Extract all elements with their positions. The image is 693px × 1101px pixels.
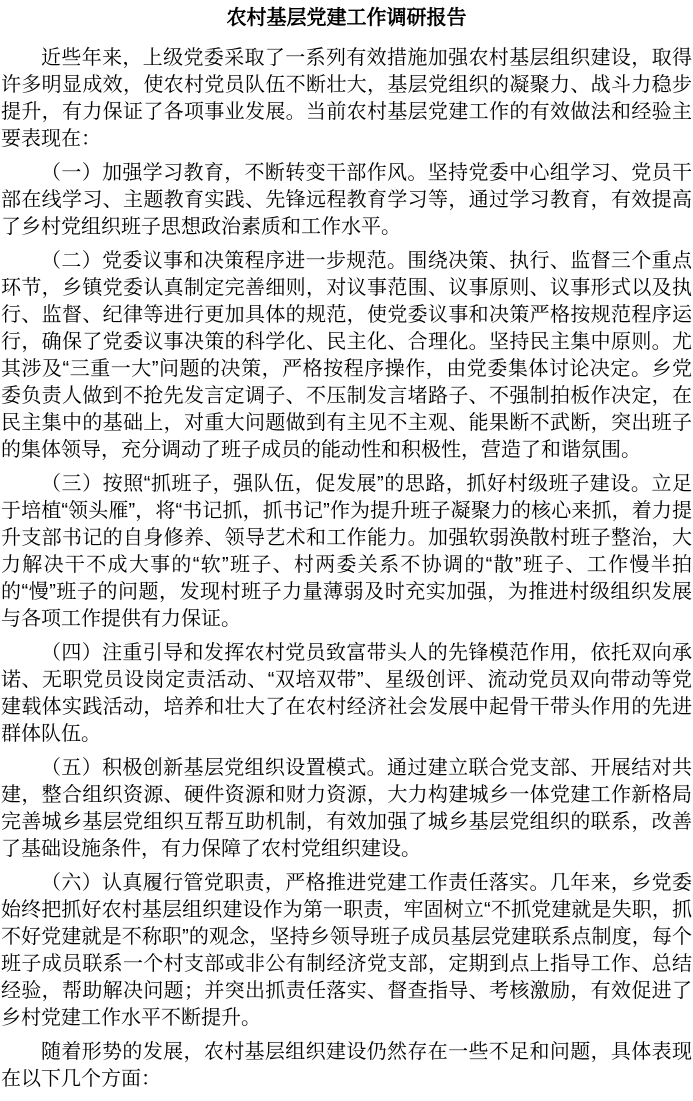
paragraph-item-5: （五）积极创新基层党组织设置模式。通过建立联合党支部、开展结对共建，整合组织资源… bbox=[1, 755, 692, 863]
paragraph-item-1: （一）加强学习教育，不断转变干部作风。坚持党委中心组学习、党员干部在线学习、主题… bbox=[1, 160, 692, 241]
document-title: 农村基层党建工作调研报告 bbox=[1, 5, 692, 32]
paragraph-intro: 近些年来，上级党委采取了一系列有效措施加强农村基层组织建设，取得许多明显成效，使… bbox=[1, 45, 692, 153]
paragraph-item-2: （二）党委议事和决策程序进一步规范。围绕决策、执行、监督三个重点环节，乡镇党委认… bbox=[1, 248, 692, 464]
paragraph-item-3: （三）按照“抓班子，强队伍，促发展”的思路，抓好村级班子建设。立足于培植“领头雁… bbox=[1, 471, 692, 633]
paragraph-closing: 随着形势的发展，农村基层组织建设仍然存在一些不足和问题，具体表现在以下几个方面： bbox=[1, 1039, 692, 1093]
paragraph-item-4: （四）注重引导和发挥农村党员致富带头人的先锋模范作用，依托双向承诺、无职党员设岗… bbox=[1, 640, 692, 748]
document-page: 农村基层党建工作调研报告 近些年来，上级党委采取了一系列有效措施加强农村基层组织… bbox=[0, 0, 693, 1101]
paragraph-item-6: （六）认真履行管党职责，严格推进党建工作责任落实。几年来，乡党委始终把抓好农村基… bbox=[1, 870, 692, 1032]
